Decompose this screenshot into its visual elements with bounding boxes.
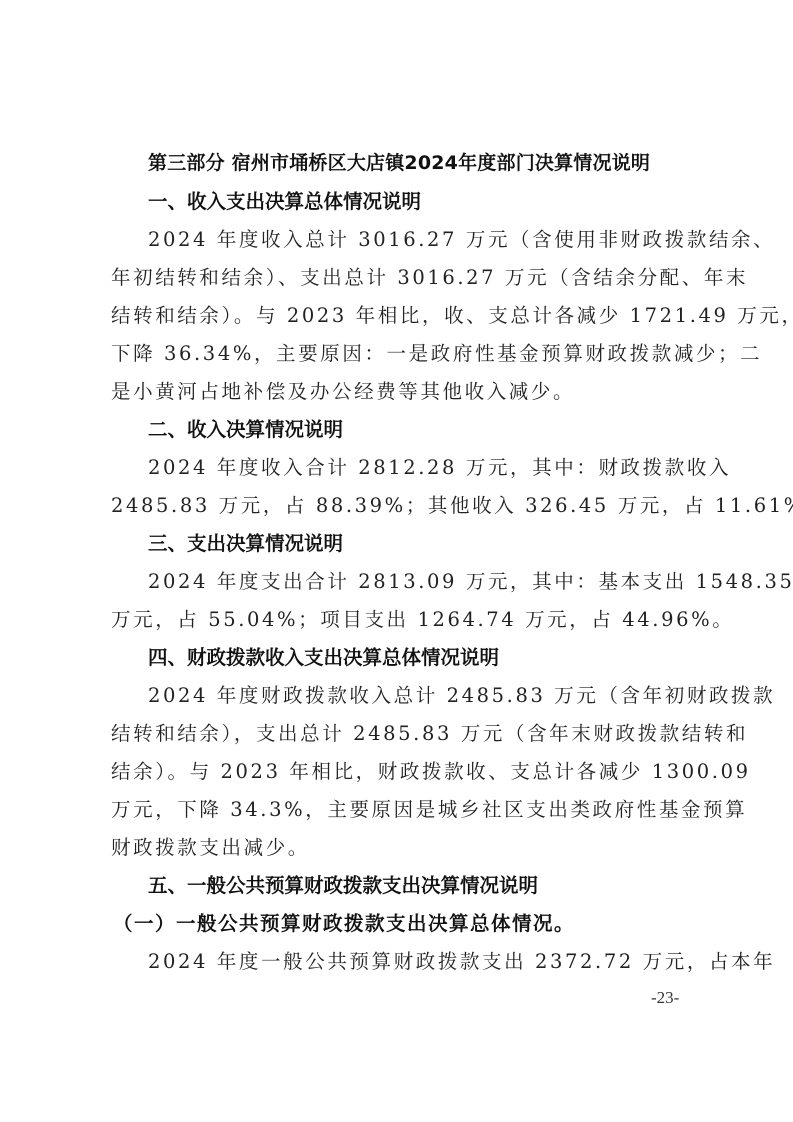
paragraph-line: 结余）。与 2023 年相比，财政拨款收、支总计各减少 1300.09 <box>111 759 691 785</box>
page-number: -23- <box>651 987 679 1009</box>
paragraph-line: 万元，下降 34.3%，主要原因是城乡社区支出类政府性基金预算 <box>111 797 691 823</box>
section-heading-4: 四、财政拨款收入支出决算总体情况说明 <box>148 645 499 671</box>
document-page: 第三部分 宿州市埇桥区大店镇2024年度部门决算情况说明 一、收入支出决算总体情… <box>0 0 793 1122</box>
paragraph-line: 结转和结余）。与 2023 年相比，收、支总计各减少 1721.49 万元， <box>111 303 691 329</box>
paragraph-line: 2024 年度支出合计 2813.09 万元，其中：基本支出 1548.35 <box>148 569 728 595</box>
section-heading-1: 一、收入支出决算总体情况说明 <box>148 189 421 215</box>
paragraph-line: 万元，占 55.04%；项目支出 1264.74 万元，占 44.96%。 <box>111 607 691 633</box>
paragraph-line: 2024 年度一般公共预算财政拨款支出 2372.72 万元，占本年 <box>148 949 728 975</box>
paragraph-line: 财政拨款支出减少。 <box>111 835 691 861</box>
page-title: 第三部分 宿州市埇桥区大店镇2024年度部门决算情况说明 <box>148 150 650 176</box>
section-heading-5: 五、一般公共预算财政拨款支出决算情况说明 <box>148 873 538 899</box>
paragraph-line: 2024 年度收入总计 3016.27 万元（含使用非财政拨款结余、 <box>148 227 728 253</box>
paragraph-line: 年初结转和结余）、支出总计 3016.27 万元（含结余分配、年末 <box>111 265 691 291</box>
subsection-heading: （一）一般公共预算财政拨款支出决算总体情况。 <box>113 911 575 937</box>
paragraph-line: 下降 36.34%，主要原因：一是政府性基金预算财政拨款减少；二 <box>111 341 691 367</box>
section-heading-3: 三、支出决算情况说明 <box>148 531 343 557</box>
section-heading-2: 二、收入决算情况说明 <box>148 417 343 443</box>
paragraph-line: 2024 年度收入合计 2812.28 万元，其中：财政拨款收入 <box>148 455 728 481</box>
paragraph-line: 2024 年度财政拨款收入总计 2485.83 万元（含年初财政拨款 <box>148 683 728 709</box>
paragraph-line: 结转和结余），支出总计 2485.83 万元（含年末财政拨款结转和 <box>111 721 691 747</box>
paragraph-line: 2485.83 万元，占 88.39%；其他收入 326.45 万元，占 11.… <box>111 493 691 519</box>
paragraph-line: 是小黄河占地补偿及办公经费等其他收入减少。 <box>111 379 691 405</box>
